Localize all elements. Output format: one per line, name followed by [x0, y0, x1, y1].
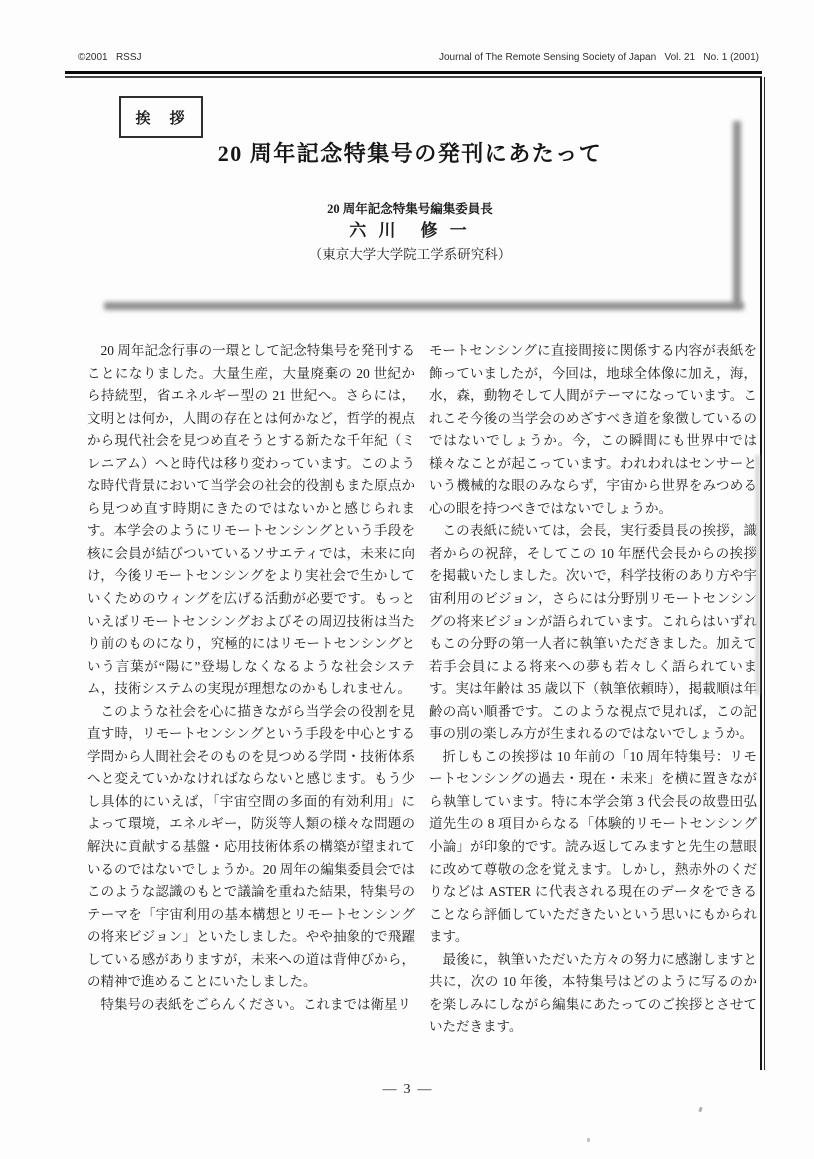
journal-title-text: Journal of The Remote Sensing Society of…	[439, 52, 759, 63]
paragraph-continuation: モートセンシングに直接間接に関係する内容が表紙を飾っていましたが，今回は，地球全…	[429, 340, 757, 520]
paragraph: 最後に，執筆いただいた方々の努力に感謝しますと共に，次の 10 年後，本特集号は…	[429, 949, 757, 1039]
left-column: 20 周年記念行事の一環として記念特集号を発刊することになりました。大量生産，大…	[87, 340, 415, 1039]
right-column: モートセンシングに直接間接に関係する内容が表紙を飾っていましたが，今回は，地球全…	[429, 340, 757, 1039]
paragraph: 特集号の表紙をごらんください。これまでは衛星リ	[87, 994, 415, 1017]
paragraph: このような社会を心に描きながら当学会の役割を見直す時，リモートセンシングという手…	[87, 701, 415, 994]
scan-edge-line	[760, 77, 762, 1070]
section-label: 挨 拶	[135, 107, 186, 128]
header-rule-thick	[65, 71, 762, 74]
author-affiliation: （東京大学大学院工学系研究科）	[60, 243, 760, 263]
header-rule-thin	[65, 76, 762, 78]
scan-speck	[698, 1107, 703, 1113]
page-number: — 3 —	[0, 1082, 814, 1098]
copyright-text: ©2001 RSSJ	[78, 52, 142, 63]
author-role: 20 周年記念特集号編集委員長	[60, 199, 760, 217]
paragraph: 20 周年記念行事の一環として記念特集号を発刊することになりました。大量生産，大…	[87, 340, 415, 701]
header-rule	[65, 71, 762, 78]
paragraph: 折しもこの挨拶は 10 年前の「10 周年特集号：リモートセンシングの過去・現在…	[429, 746, 757, 949]
body-columns: 20 周年記念行事の一環として記念特集号を発刊することになりました。大量生産，大…	[87, 340, 757, 1039]
paragraph: この表紙に続いては，会長，実行委員長の挨拶，識者からの祝辞，そしてこの 10 年…	[429, 520, 757, 745]
title-panel-shadow-bottom	[104, 302, 744, 310]
scan-gray-band	[756, 455, 759, 695]
scan-edge-line-2	[764, 77, 765, 1070]
section-label-box: 挨 拶	[119, 96, 203, 138]
journal-page: ©2001 RSSJ Journal of The Remote Sensing…	[0, 0, 814, 1159]
author-name: 六 川 修 一	[60, 216, 760, 241]
article-title: 20 周年記念特集号の発刊にあたって	[60, 137, 760, 168]
scan-speck	[587, 1138, 590, 1142]
